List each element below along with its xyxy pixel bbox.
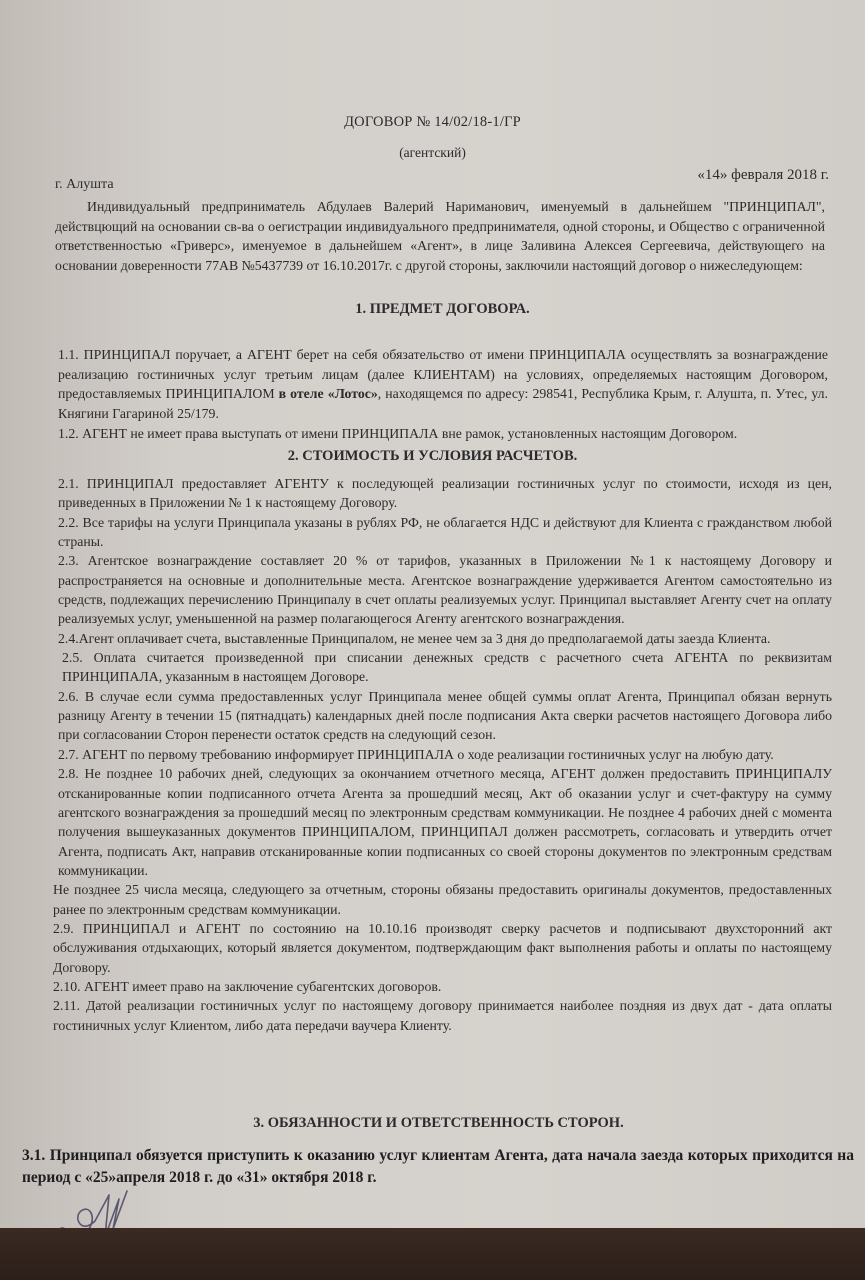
clause-2-2: 2.2. Все тарифы на услуги Принципала ука… [58,513,832,552]
clause-3-1: 3.1. Принципал обязуется приступить к ок… [22,1145,854,1189]
clause-2-11: 2.11. Датой реализации гостиничных услуг… [53,996,832,1035]
clause-2-1: 2.1. ПРИНЦИПАЛ предоставляет АГЕНТУ к по… [58,474,832,513]
section-heading-1: 1. ПРЕДМЕТ ДОГОВОРА. [10,301,865,318]
preamble: Индивидуальный предприниматель Абдулаев … [55,197,825,276]
document-title: ДОГОВОР № 14/02/18-1/ГР [0,114,865,131]
hotel-name: в отеле «Лотос» [279,386,378,401]
clause-2-10: 2.10. АГЕНТ имеет право на заключение су… [53,977,832,996]
document-page: ДОГОВОР № 14/02/18-1/ГР (агентский) г. А… [0,0,865,1228]
section-2-body: 2.1. ПРИНЦИПАЛ предоставляет АГЕНТУ к по… [58,474,832,1035]
clause-2-3: 2.3. Агентское вознаграждение составляет… [58,551,832,628]
clause-1-2: 1.2. АГЕНТ не имеет права выступать от и… [58,424,828,444]
clause-1-1: 1.1. ПРИНЦИПАЛ поручает, а АГЕНТ берет н… [58,345,828,424]
clause-2-8: 2.8. Не позднее 10 рабочих дней, следующ… [58,764,832,880]
section-1-body: 1.1. ПРИНЦИПАЛ поручает, а АГЕНТ берет н… [58,345,828,444]
section-heading-2: 2. СТОИМОСТЬ И УСЛОВИЯ РАСЧЕТОВ. [0,448,865,465]
section-3-body: 3.1. Принципал обязуется приступить к ок… [22,1145,854,1189]
clause-2-6: 2.6. В случае если сумма предоставленных… [58,687,832,745]
clause-2-5: 2.5. Оплата считается произведенной при … [58,648,832,687]
document-subtitle: (агентский) [0,145,865,161]
contract-city: г. Алушта [55,177,114,193]
clause-2-8-note: Не позднее 25 числа месяца, следующего з… [53,880,832,919]
table-surface [0,1228,865,1280]
section-heading-3: 3. ОБЯЗАННОСТИ И ОТВЕТСТВЕННОСТЬ СТОРОН. [6,1115,865,1132]
clause-2-4: 2.4.Агент оплачивает счета, выставленные… [58,629,832,648]
clause-2-7: 2.7. АГЕНТ по первому требованию информи… [58,745,832,764]
contract-date: «14» февраля 2018 г. [697,167,829,184]
clause-2-9: 2.9. ПРИНЦИПАЛ и АГЕНТ по состоянию на 1… [53,919,832,977]
